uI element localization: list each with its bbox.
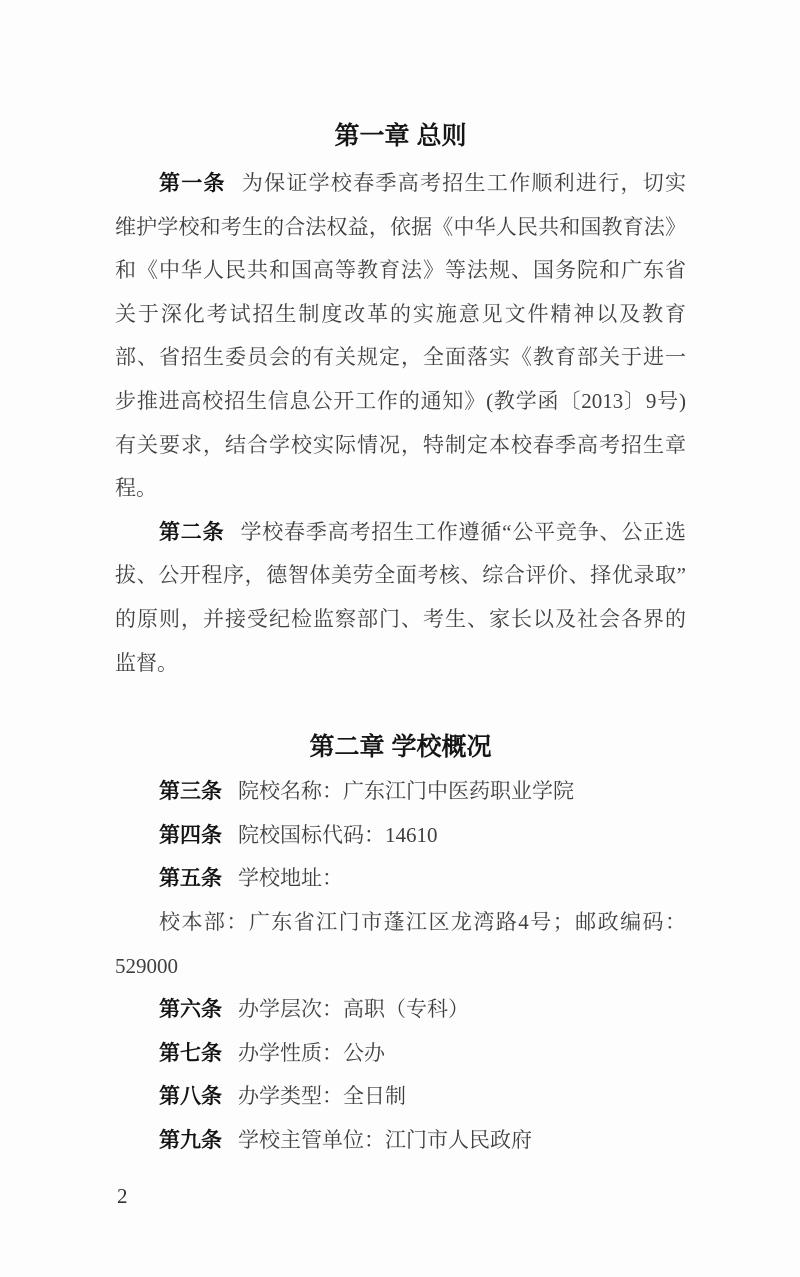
article-7-line: 第七条办学性质：公办: [115, 1032, 686, 1076]
postal-code-line: 529000: [115, 945, 686, 989]
article-6-line: 第六条办学层次：高职（专科）: [115, 988, 686, 1032]
article-8-term: 第八条: [159, 1084, 222, 1108]
page-number: 2: [117, 1183, 128, 1209]
text-line: 维护学校和考生的合法权益，依据《中华人民共和国教育法》: [115, 206, 686, 250]
text-line: 的原则，并接受纪检监察部门、考生、家长以及社会各界的: [115, 598, 686, 642]
article-3-text: 院校名称：广东江门中医药职业学院: [238, 779, 574, 803]
text-line: 监督。: [115, 642, 686, 686]
article-2-text: 学校春季高考招生工作遵循“公平竞争、公正选: [240, 520, 686, 544]
article-6-text: 办学层次：高职（专科）: [238, 997, 469, 1021]
article-8-text: 办学类型：全日制: [238, 1084, 406, 1108]
article-8-line: 第八条办学类型：全日制: [115, 1075, 686, 1119]
article-5-text: 学校地址：: [238, 866, 343, 890]
article-1-first-line: 第一条为保证学校春季高考招生工作顺利进行，切实: [115, 162, 686, 206]
article-6-term: 第六条: [159, 997, 222, 1021]
article-7-text: 办学性质：公办: [238, 1041, 385, 1065]
article-9-line: 第九条学校主管单位：江门市人民政府: [115, 1119, 686, 1163]
text-line: 关于深化考试招生制度改革的实施意见文件精神以及教育: [115, 293, 686, 337]
article-9-text: 学校主管单位：江门市人民政府: [238, 1128, 532, 1152]
text-line: 有关要求，结合学校实际情况，特制定本校春季高考招生章: [115, 424, 686, 468]
article-5-term: 第五条: [159, 866, 222, 890]
article-3-line: 第三条院校名称：广东江门中医药职业学院: [115, 770, 686, 814]
document-page: 第一章 总则 第一条为保证学校春季高考招生工作顺利进行，切实 维护学校和考生的合…: [0, 0, 800, 1277]
article-9-term: 第九条: [159, 1128, 222, 1152]
chapter-2-heading: 第二章 学校概况: [115, 725, 686, 769]
article-1-term: 第一条: [159, 171, 226, 195]
text-line: 程。: [115, 467, 686, 511]
article-1-text: 为保证学校春季高考招生工作顺利进行，切实: [242, 171, 686, 195]
article-4-text: 院校国标代码：14610: [238, 823, 438, 847]
text-line: 部、省招生委员会的有关规定，全面落实《教育部关于进一: [115, 336, 686, 380]
text-line: 拔、公开程序，德智体美劳全面考核、综合评价、择优录取”: [115, 554, 686, 598]
campus-address-line: 校本部：广东省江门市蓬江区龙湾路4号；邮政编码：: [115, 901, 686, 945]
article-2-first-line: 第二条学校春季高考招生工作遵循“公平竞争、公正选: [115, 511, 686, 555]
article-7-term: 第七条: [159, 1041, 222, 1065]
article-2-term: 第二条: [159, 520, 224, 544]
text-line: 步推进高校招生信息公开工作的通知》(教学函〔2013〕9号): [115, 380, 686, 424]
chapter-1-heading: 第一章 总则: [115, 114, 686, 158]
article-5-line: 第五条学校地址：: [115, 857, 686, 901]
article-4-line: 第四条院校国标代码：14610: [115, 814, 686, 858]
text-line: 和《中华人民共和国高等教育法》等法规、国务院和广东省: [115, 249, 686, 293]
article-4-term: 第四条: [159, 823, 222, 847]
article-3-term: 第三条: [159, 779, 222, 803]
